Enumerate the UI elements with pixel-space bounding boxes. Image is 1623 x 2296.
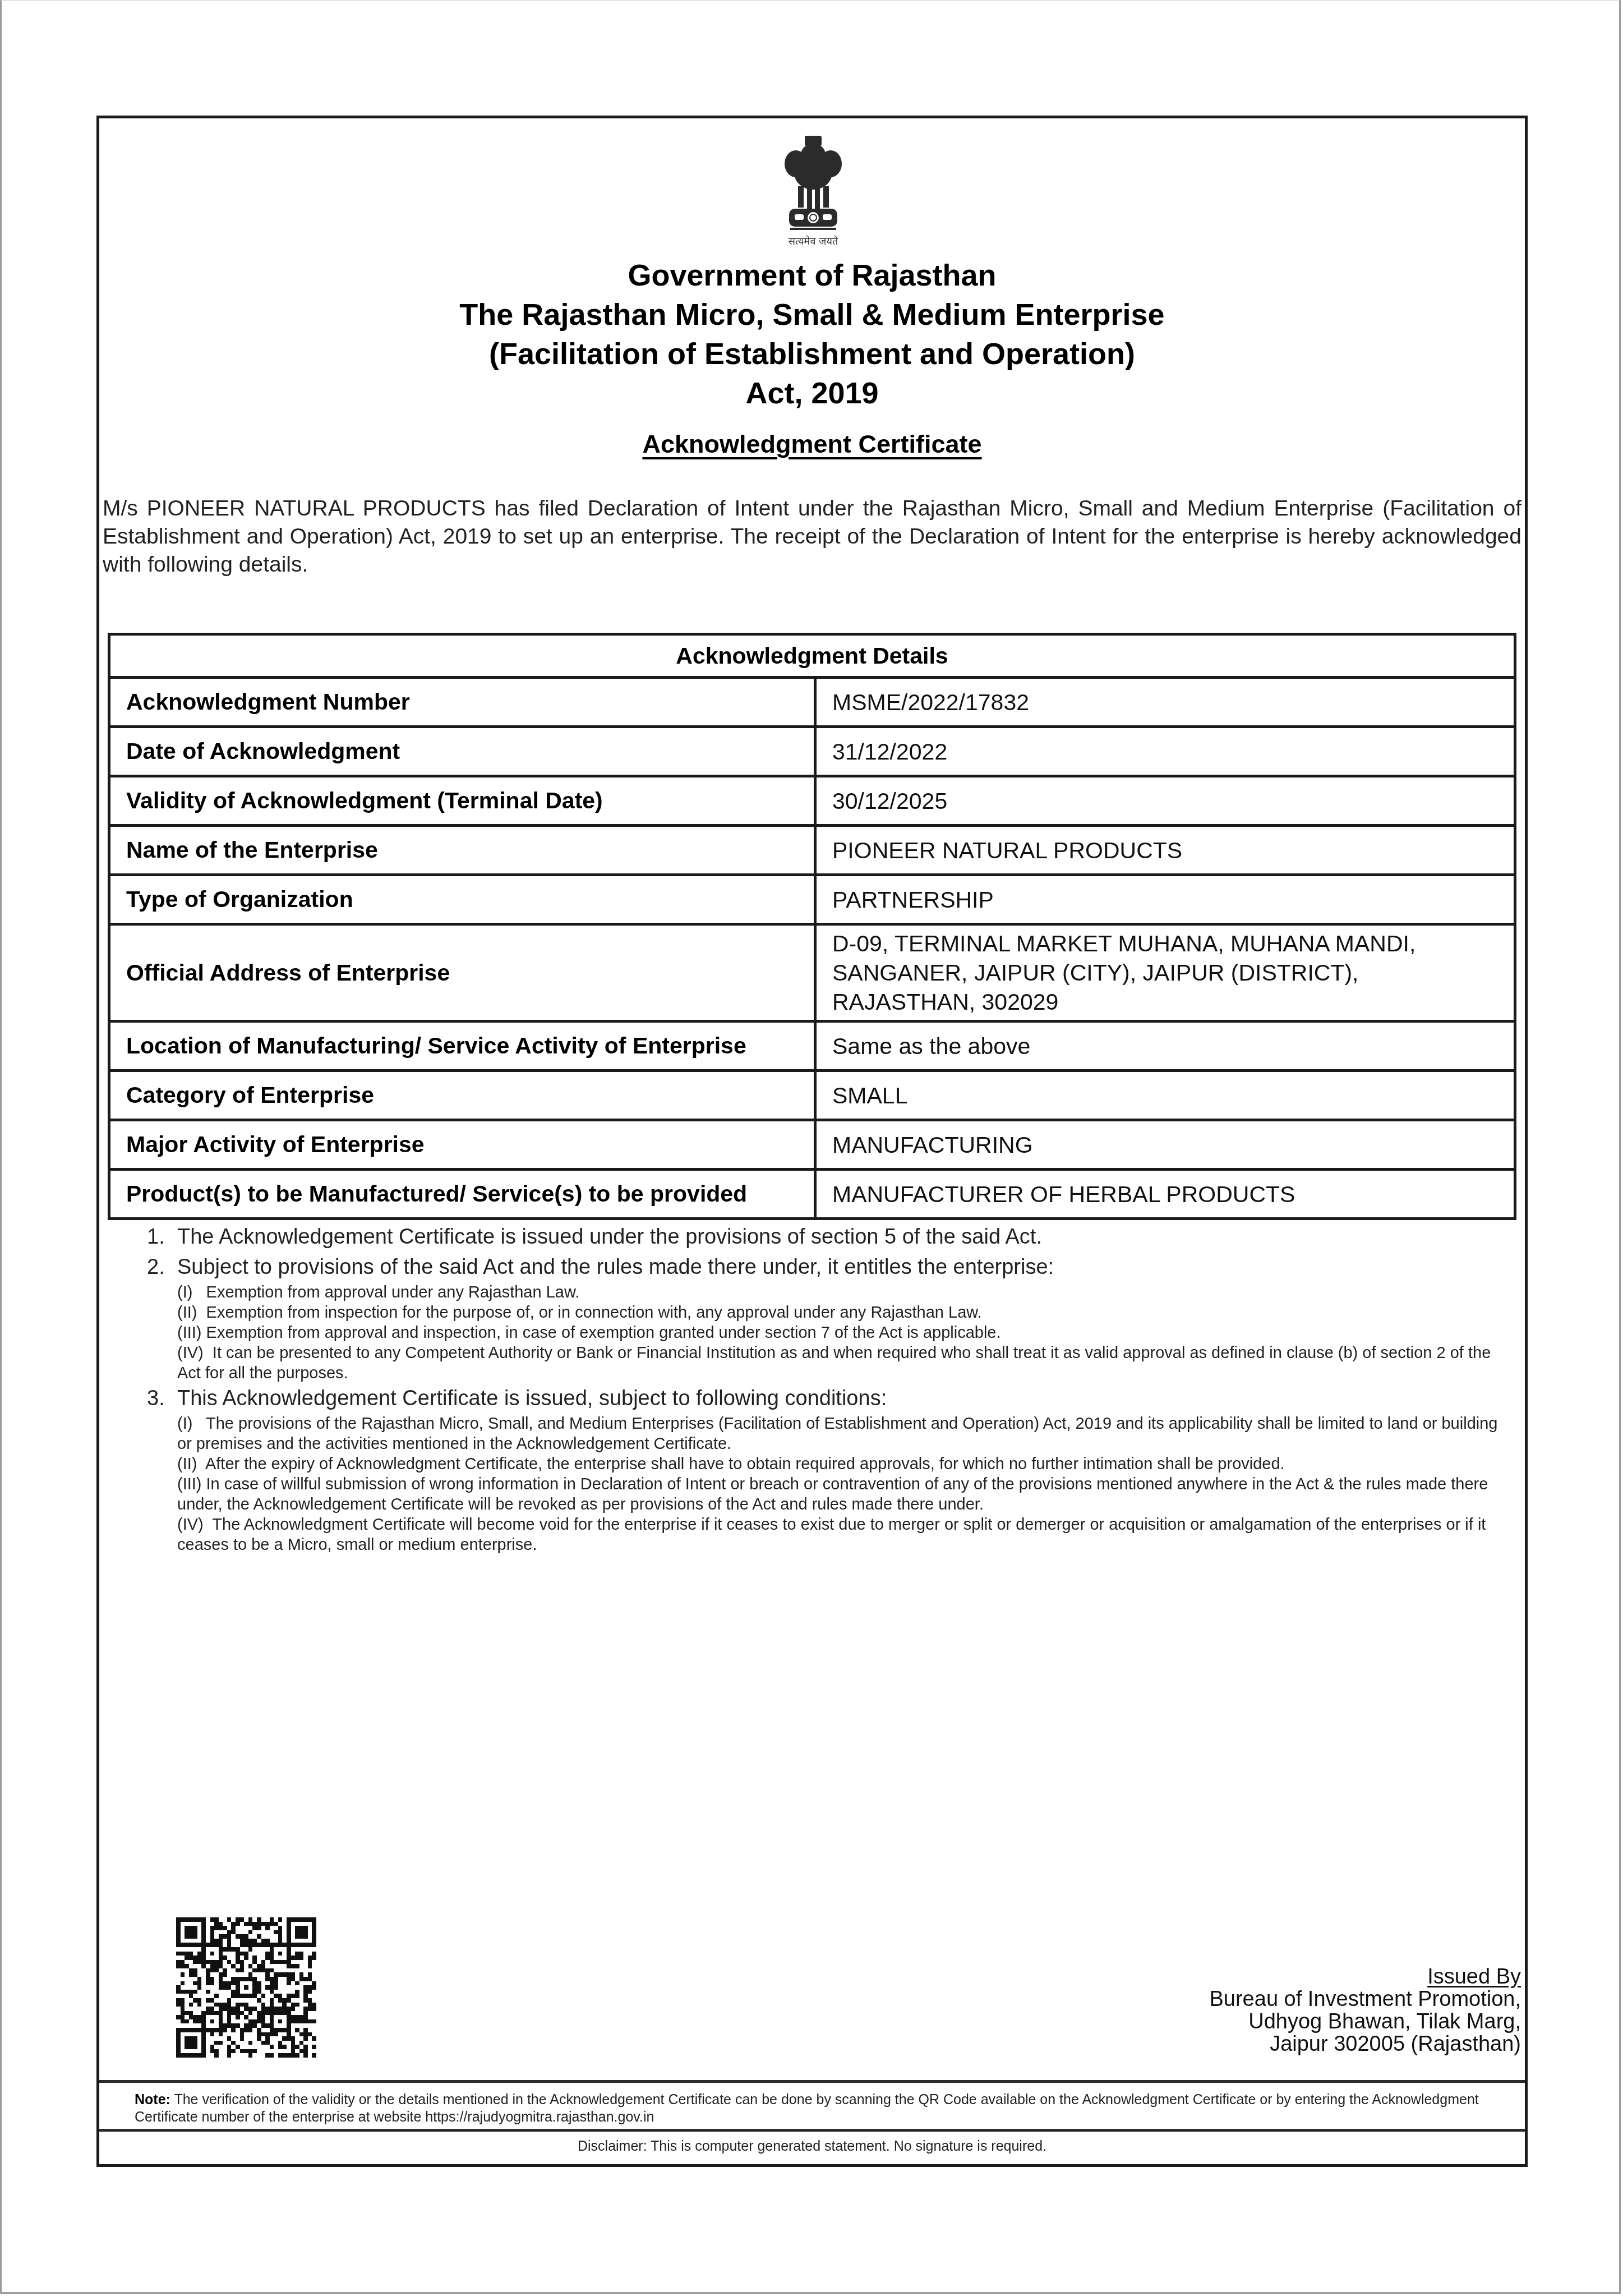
acknowledgment-details-table: Acknowledgment Details Acknowledgment Nu… <box>108 633 1516 1220</box>
term-item: 3.This Acknowledgement Certificate is is… <box>147 1383 1504 1414</box>
details-row: Date of Acknowledgment31/12/2022 <box>109 727 1515 776</box>
details-value: MANUFACTURER OF HERBAL PRODUCTS <box>815 1170 1515 1219</box>
details-row: Validity of Acknowledgment (Terminal Dat… <box>109 776 1515 826</box>
certificate-title: Acknowledgment Certificate <box>96 430 1528 459</box>
details-label: Validity of Acknowledgment (Terminal Dat… <box>109 776 815 826</box>
details-label: Product(s) to be Manufactured/ Service(s… <box>109 1170 815 1219</box>
term-subitem: (II) After the expiry of Acknowledgment … <box>147 1454 1504 1474</box>
issuer-line: Jaipur 302005 (Rajasthan) <box>1209 2033 1521 2055</box>
details-value: 31/12/2022 <box>815 727 1515 776</box>
qr-code[interactable] <box>176 1917 316 2058</box>
details-row: Name of the EnterprisePIONEER NATURAL PR… <box>109 826 1515 875</box>
details-label: Type of Organization <box>109 875 815 924</box>
term-subitem: (I) The provisions of the Rajasthan Micr… <box>147 1414 1504 1454</box>
term-item: 2.Subject to provisions of the said Act … <box>147 1252 1504 1282</box>
disclaimer: Disclaimer: This is computer generated s… <box>99 2138 1525 2155</box>
term-subitem: (II) Exemption from inspection for the p… <box>147 1303 1504 1323</box>
term-number: 3. <box>147 1383 177 1414</box>
details-row: Type of OrganizationPARTNERSHIP <box>109 875 1515 924</box>
details-value: Same as the above <box>815 1022 1515 1071</box>
term-text: The Acknowledgement Certificate is issue… <box>177 1225 1042 1249</box>
details-row: Acknowledgment NumberMSME/2022/17832 <box>109 678 1515 727</box>
details-value: MANUFACTURING <box>815 1120 1515 1170</box>
term-number: 2. <box>147 1252 177 1282</box>
header-line-act-subtitle: (Facilitation of Establishment and Opera… <box>96 334 1528 374</box>
details-label: Acknowledgment Number <box>109 678 815 727</box>
divider <box>99 2129 1525 2132</box>
divider <box>99 2080 1525 2083</box>
header-line-act-year: Act, 2019 <box>96 374 1528 413</box>
document-header: Government of Rajasthan The Rajasthan Mi… <box>96 256 1528 413</box>
svg-text:सत्यमेव जयते: सत्यमेव जयते <box>789 235 838 247</box>
term-subitem: (III) Exemption from approval and inspec… <box>147 1323 1504 1343</box>
details-row: Location of Manufacturing/ Service Activ… <box>109 1022 1515 1071</box>
term-number: 1. <box>147 1222 177 1252</box>
details-row: Category of EnterpriseSMALL <box>109 1071 1515 1120</box>
term-item: 1.The Acknowledgement Certificate is iss… <box>147 1222 1504 1252</box>
term-subitem: (IV) The Acknowledgment Certificate will… <box>147 1515 1504 1555</box>
details-value: MSME/2022/17832 <box>815 678 1515 727</box>
term-subitem: (I) Exemption from approval under any Ra… <box>147 1282 1504 1303</box>
note-text: The verification of the validity or the … <box>135 2092 1479 2125</box>
issued-by-label: Issued By <box>1209 1966 1521 1988</box>
issuer-line: Udhyog Bhawan, Tilak Marg, <box>1209 2010 1521 2033</box>
term-subitem: (IV) It can be presented to any Competen… <box>147 1343 1504 1383</box>
note-label: Note: <box>135 2092 170 2108</box>
details-label: Date of Acknowledgment <box>109 727 815 776</box>
terms-list: 1.The Acknowledgement Certificate is iss… <box>147 1222 1504 1555</box>
issued-by-block: Issued By Bureau of Investment Promotion… <box>1209 1966 1521 2055</box>
details-value: PIONEER NATURAL PRODUCTS <box>815 826 1515 875</box>
details-label: Name of the Enterprise <box>109 826 815 875</box>
details-value: PARTNERSHIP <box>815 875 1515 924</box>
details-table-heading: Acknowledgment Details <box>109 634 1515 678</box>
issuer-line: Bureau of Investment Promotion, <box>1209 1988 1521 2010</box>
certificate-title-text: Acknowledgment Certificate <box>642 430 981 458</box>
header-line-government: Government of Rajasthan <box>96 256 1528 295</box>
term-text: This Acknowledgement Certificate is issu… <box>177 1387 887 1410</box>
header-line-act-name: The Rajasthan Micro, Small & Medium Ente… <box>96 295 1528 334</box>
term-text: Subject to provisions of the said Act an… <box>177 1255 1054 1279</box>
national-emblem-icon: सत्यमेव जयते <box>776 132 851 251</box>
details-label: Major Activity of Enterprise <box>109 1120 815 1170</box>
details-row: Product(s) to be Manufactured/ Service(s… <box>109 1170 1515 1219</box>
details-label: Location of Manufacturing/ Service Activ… <box>109 1022 815 1071</box>
details-label: Official Address of Enterprise <box>109 924 815 1022</box>
details-value: D-09, TERMINAL MARKET MUHANA, MUHANA MAN… <box>815 924 1515 1022</box>
verification-note: Note: The verification of the validity o… <box>135 2091 1509 2126</box>
details-value: 30/12/2025 <box>815 776 1515 826</box>
details-row: Major Activity of EnterpriseMANUFACTURIN… <box>109 1120 1515 1170</box>
details-value: SMALL <box>815 1071 1515 1120</box>
intro-paragraph: M/s PIONEER NATURAL PRODUCTS has filed D… <box>103 495 1521 579</box>
details-label: Category of Enterprise <box>109 1071 815 1120</box>
term-subitem: (III) In case of willful submission of w… <box>147 1474 1504 1515</box>
details-row: Official Address of EnterpriseD-09, TERM… <box>109 924 1515 1022</box>
